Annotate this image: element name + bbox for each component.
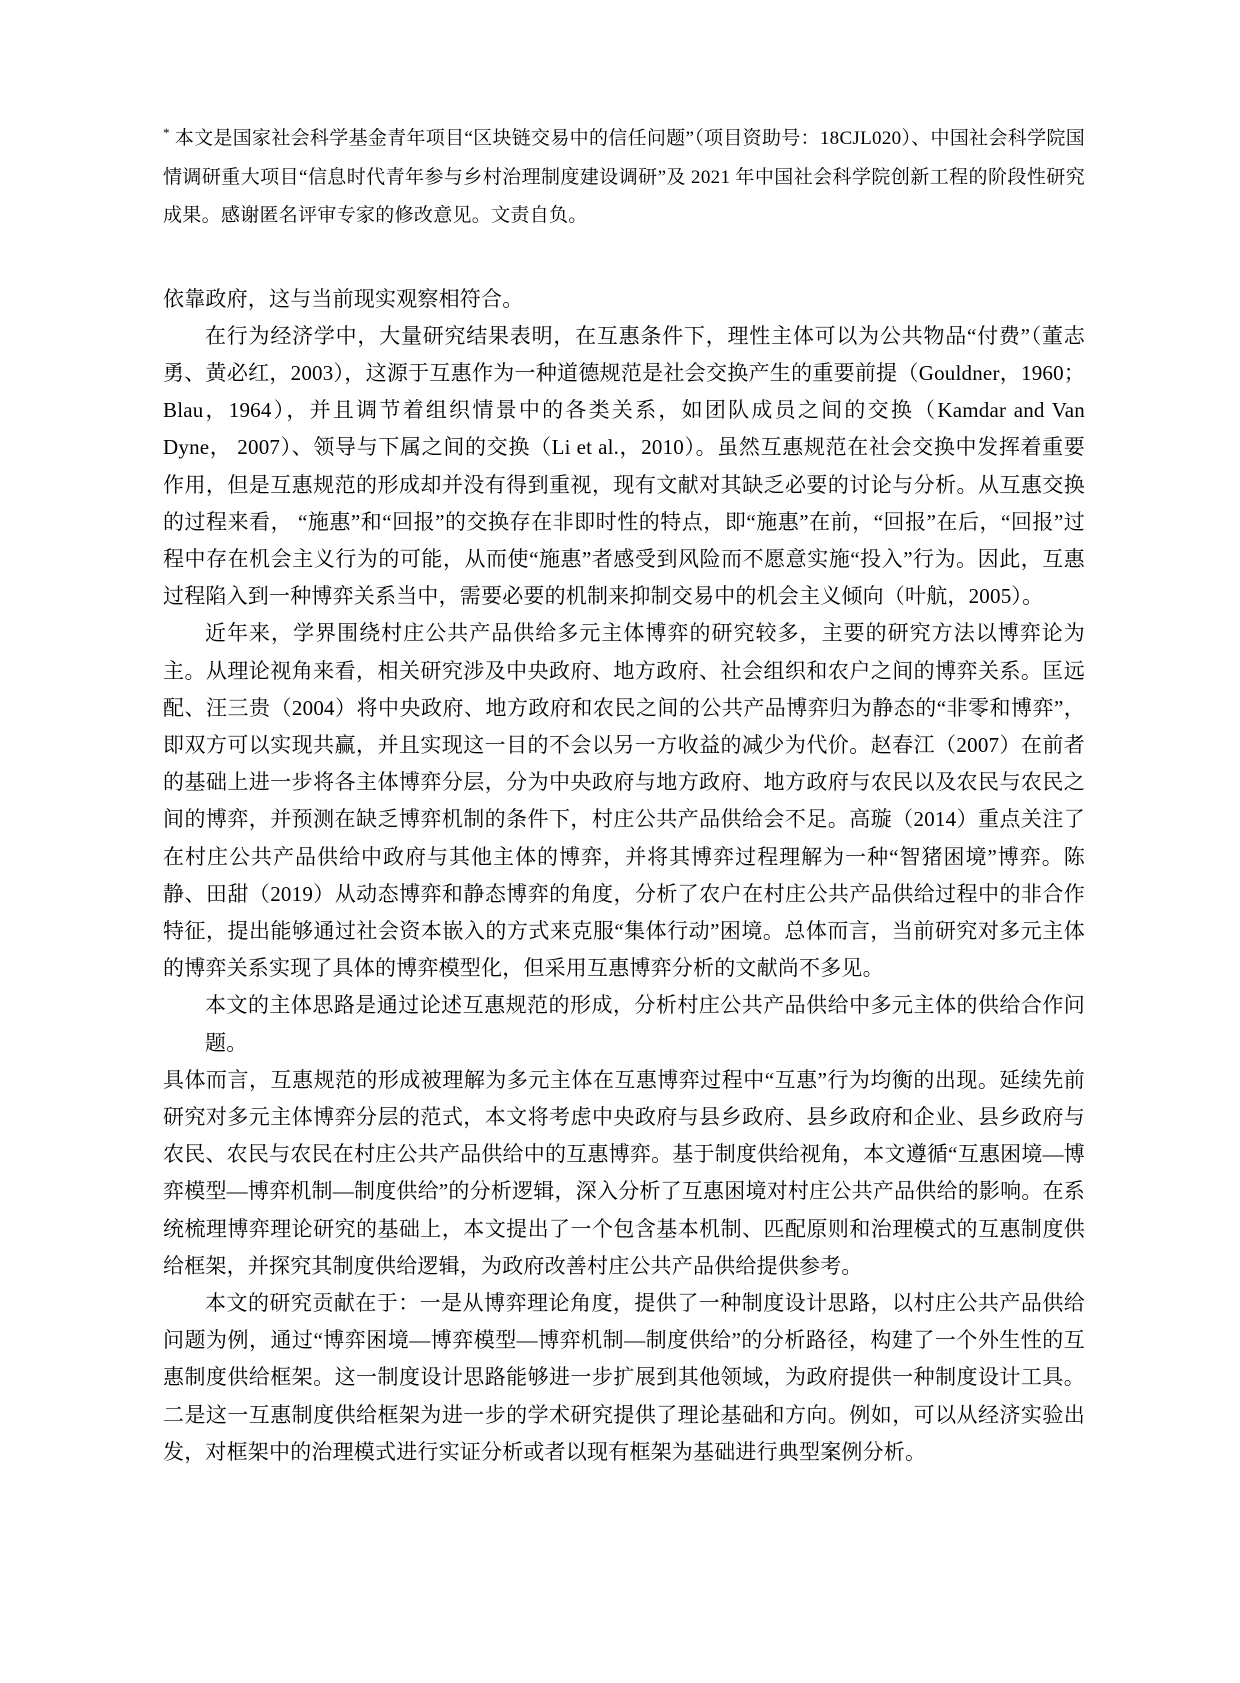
paragraph: 具体而言，互惠规范的形成被理解为多元主体在互惠博弈过程中“互惠”行为均衡的出现。…: [163, 1062, 1085, 1285]
body-paragraphs: 依靠政府，这与当前现实观察相符合。在行为经济学中，大量研究结果表明，在互惠条件下…: [163, 281, 1085, 1472]
paragraph: 依靠政府，这与当前现实观察相符合。: [163, 281, 1085, 318]
paragraph: 本文的主体思路是通过论述互惠规范的形成，分析村庄公共产品供给中多元主体的供给合作…: [205, 987, 1085, 1061]
page-content: *本文是国家社会科学基金青年项目“区块链交易中的信任问题”（项目资助号：18CJ…: [163, 120, 1085, 1471]
document-page: *本文是国家社会科学基金青年项目“区块链交易中的信任问题”（项目资助号：18CJ…: [0, 0, 1240, 1683]
footnote-marker: *: [163, 125, 170, 140]
footnote-text: 本文是国家社会科学基金青年项目“区块链交易中的信任问题”（项目资助号：18CJL…: [163, 128, 1085, 226]
footnote: *本文是国家社会科学基金青年项目“区块链交易中的信任问题”（项目资助号：18CJ…: [163, 120, 1085, 236]
paragraph: 本文的研究贡献在于：一是从博弈理论角度，提供了一种制度设计思路，以村庄公共产品供…: [163, 1285, 1085, 1471]
paragraph: 在行为经济学中，大量研究结果表明，在互惠条件下，理性主体可以为公共物品“付费”（…: [163, 318, 1085, 616]
paragraph: 近年来，学界围绕村庄公共产品供给多元主体博弈的研究较多，主要的研究方法以博弈论为…: [163, 615, 1085, 987]
